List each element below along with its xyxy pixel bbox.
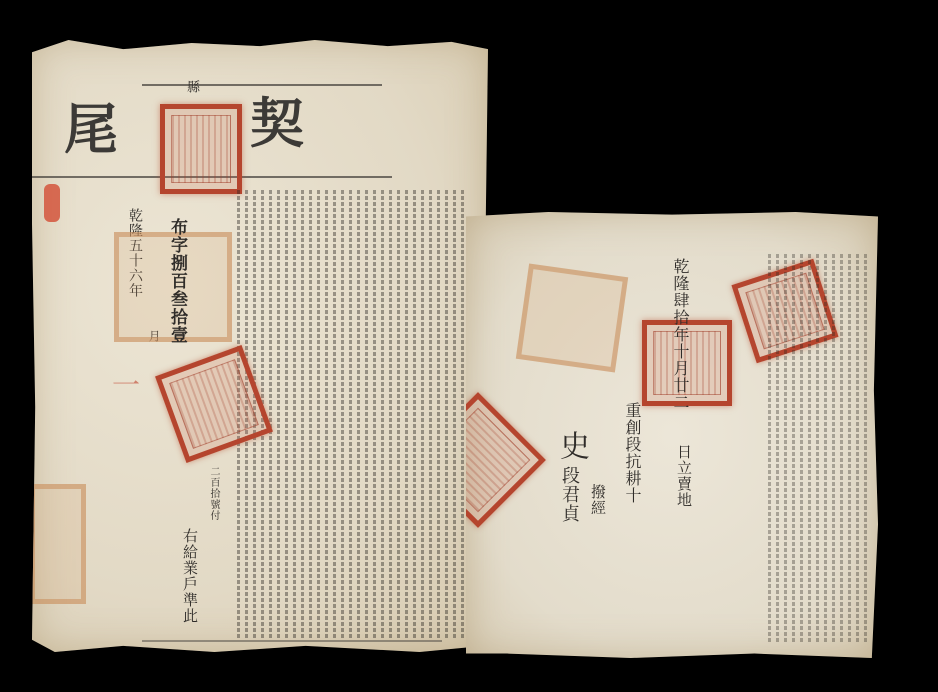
witness: 撥經 [590, 484, 605, 516]
header-top-rule [142, 84, 382, 86]
signature-1: 史 [556, 430, 586, 461]
right-date-column: 乾隆肆拾年十月廿二 [672, 258, 688, 411]
small-red-chop [44, 184, 60, 222]
signature-2: 段君貞 [560, 466, 578, 523]
seller-column: 重創段抗耕十 [624, 402, 640, 504]
title-char-wei: 尾 [64, 102, 118, 156]
seal-top-text: 縣 [185, 80, 198, 94]
faded-seal-right [516, 264, 628, 373]
notes-column: 二百拾號付 [208, 466, 218, 521]
bottom-column: 右給業戶準此 [182, 528, 197, 624]
footer-rule [142, 640, 442, 642]
county-seal-top [160, 104, 242, 194]
handwritten-contract-text [768, 252, 868, 642]
red-annotation: 一 [104, 370, 144, 398]
right-sub-column: 日立賣地 [676, 444, 691, 508]
printed-regulation-text [237, 190, 467, 638]
serial-number-column: 布字捌百叁拾壹 [168, 218, 185, 344]
faded-seal-edge [30, 484, 86, 604]
left-document-sheet: 尾 契 縣 乾隆五十六年 月 布字捌百叁拾壹 一 二百拾號付 右給業戶準此 [32, 40, 488, 652]
right-document-sheet: 乾隆肆拾年十月廿二 日立賣地 重創段抗耕十 史 段君貞 撥經 [466, 212, 878, 658]
title-char-qi: 契 [250, 96, 304, 150]
